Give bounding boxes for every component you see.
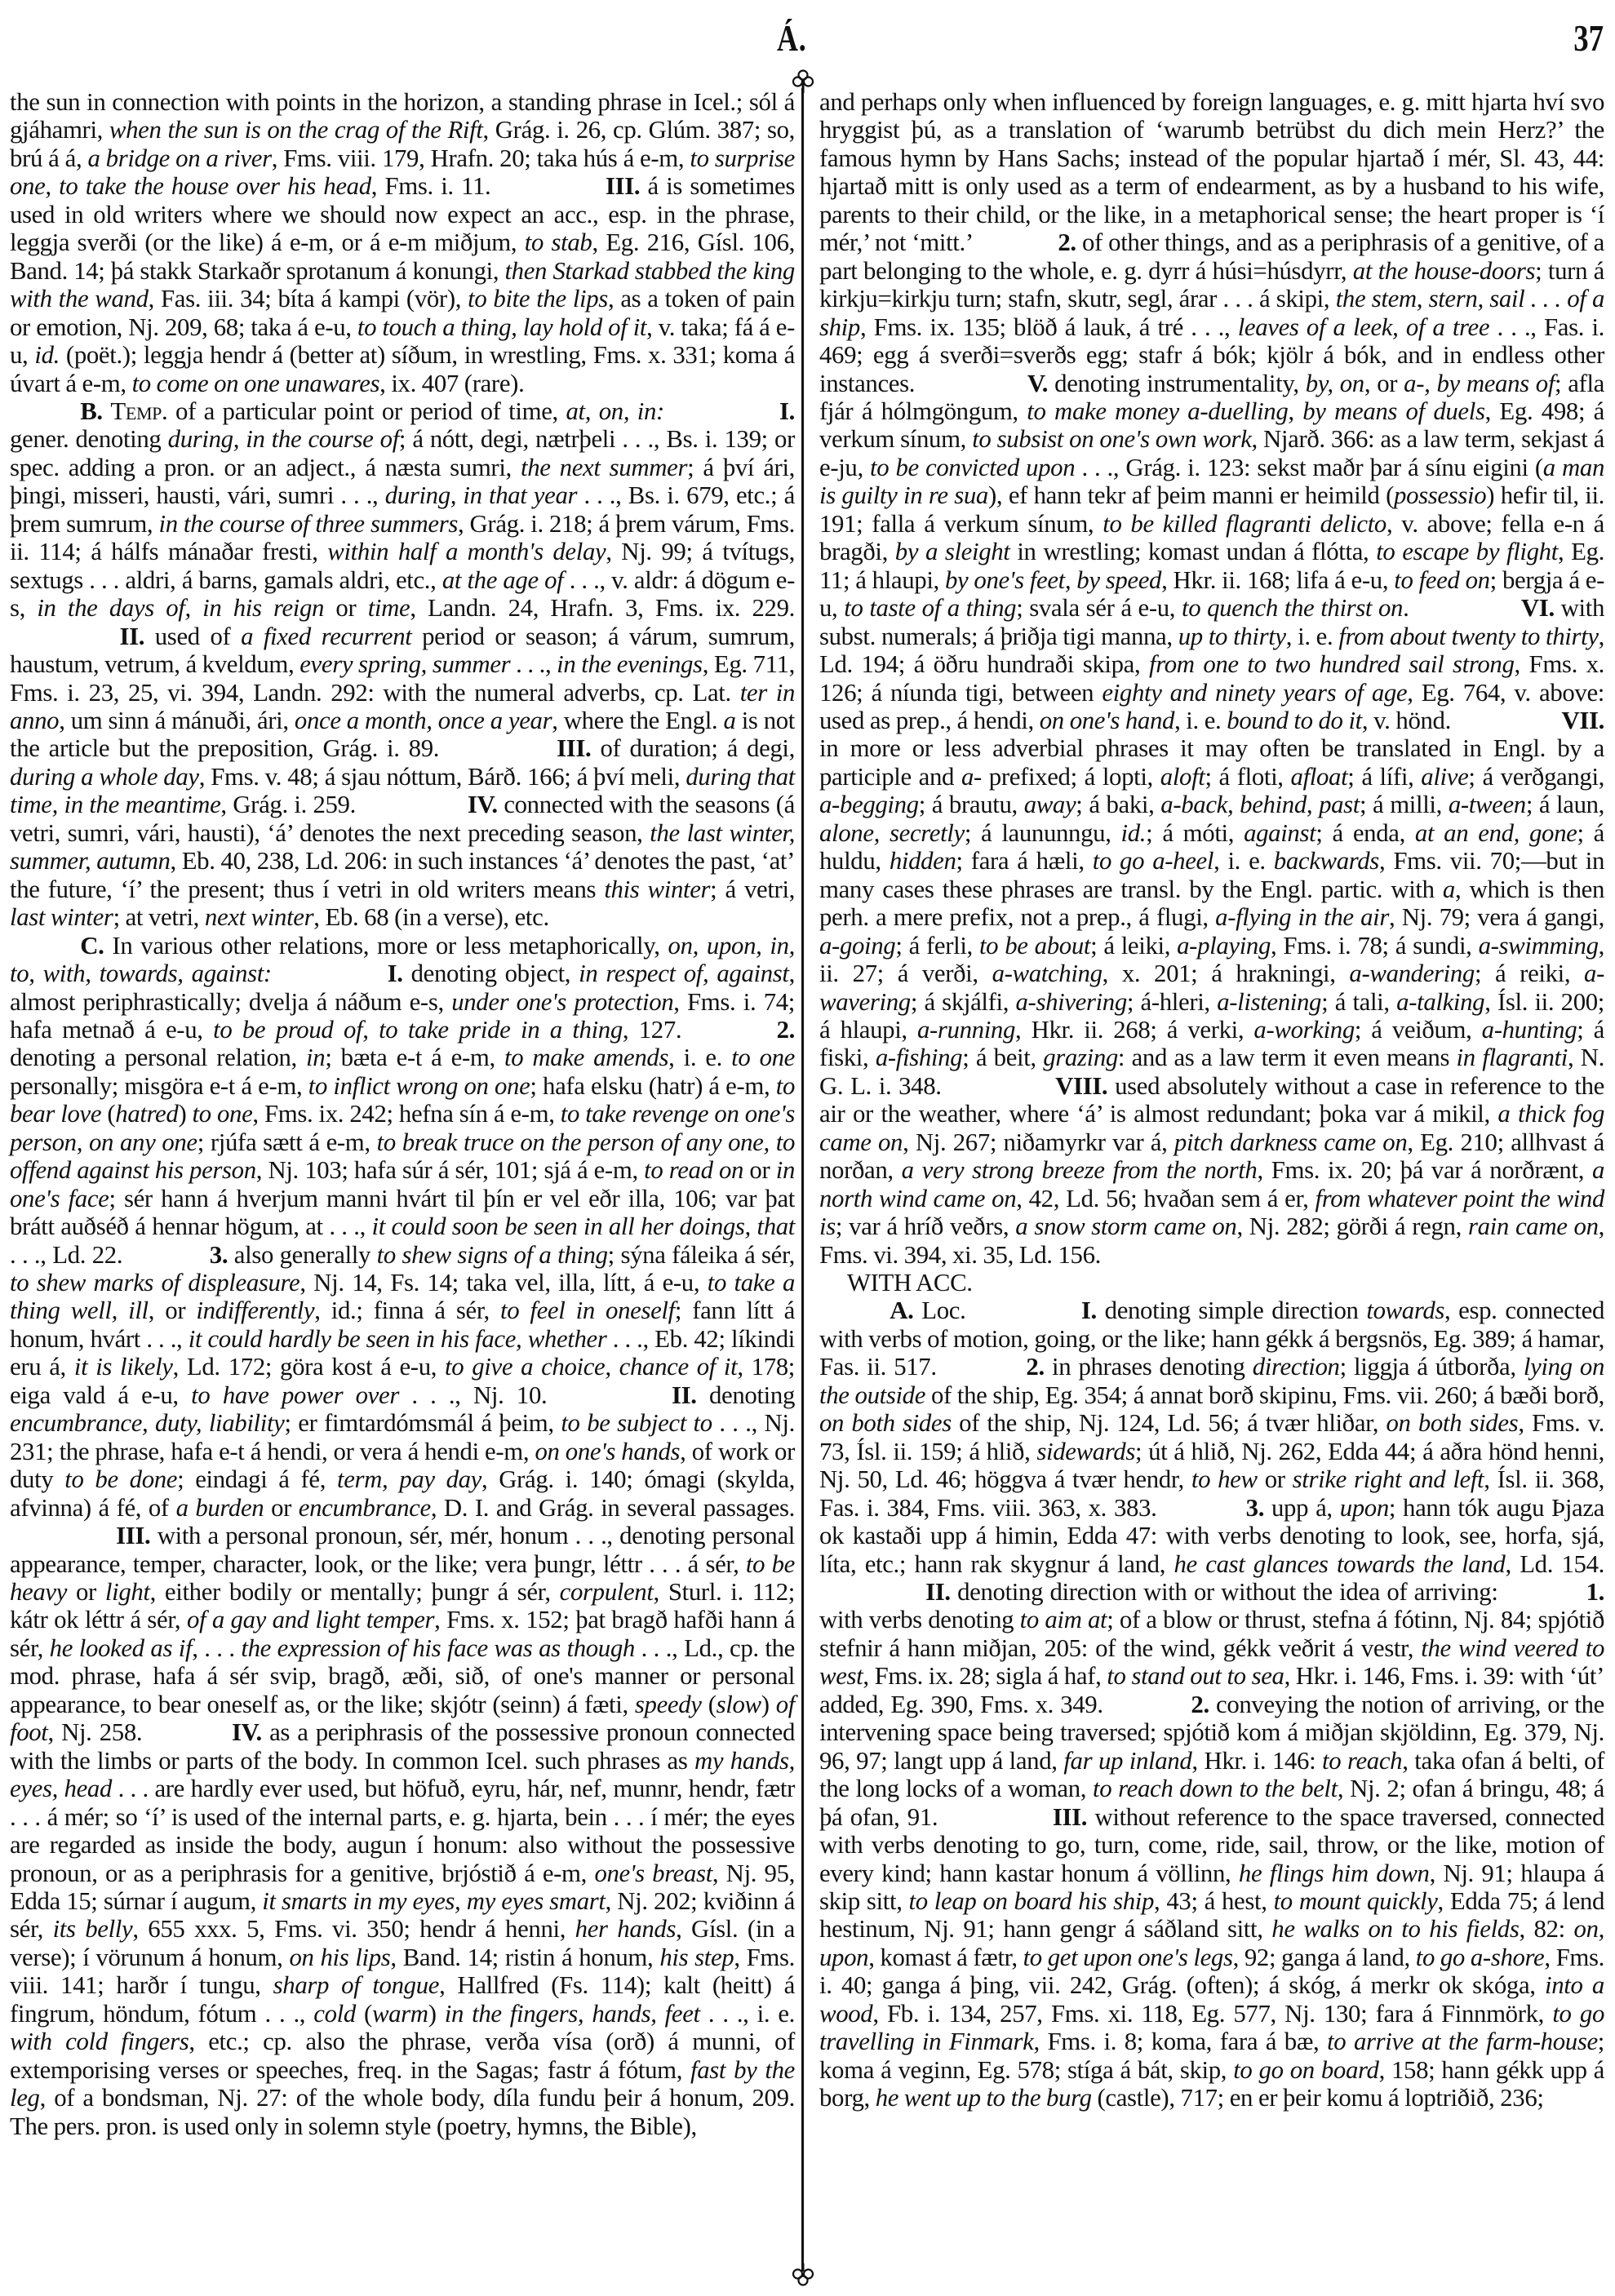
left-entry-paragraph: B. Temp. of a particular point or period… <box>10 397 795 932</box>
right-entry-paragraph: and perhaps only when influenced by fore… <box>819 88 1604 1269</box>
running-header: Á. 37 <box>0 0 1615 73</box>
left-entry-paragraph: C. In various other relations, more or l… <box>10 932 795 2140</box>
right-entry-paragraph: A. Loc. I. denoting simple direction tow… <box>819 1296 1604 2112</box>
right-entry-paragraph: WITH ACC. <box>819 1269 1604 1296</box>
header-letter: Á. <box>777 16 806 60</box>
trefoil-finial-bottom-icon <box>791 2263 815 2288</box>
page-number: 37 <box>1573 16 1604 60</box>
right-column: and perhaps only when influenced by fore… <box>819 88 1604 2112</box>
left-column: the sun in connection with points in the… <box>10 88 795 2140</box>
column-divider <box>801 88 804 2272</box>
left-entry-paragraph: the sun in connection with points in the… <box>10 88 795 397</box>
